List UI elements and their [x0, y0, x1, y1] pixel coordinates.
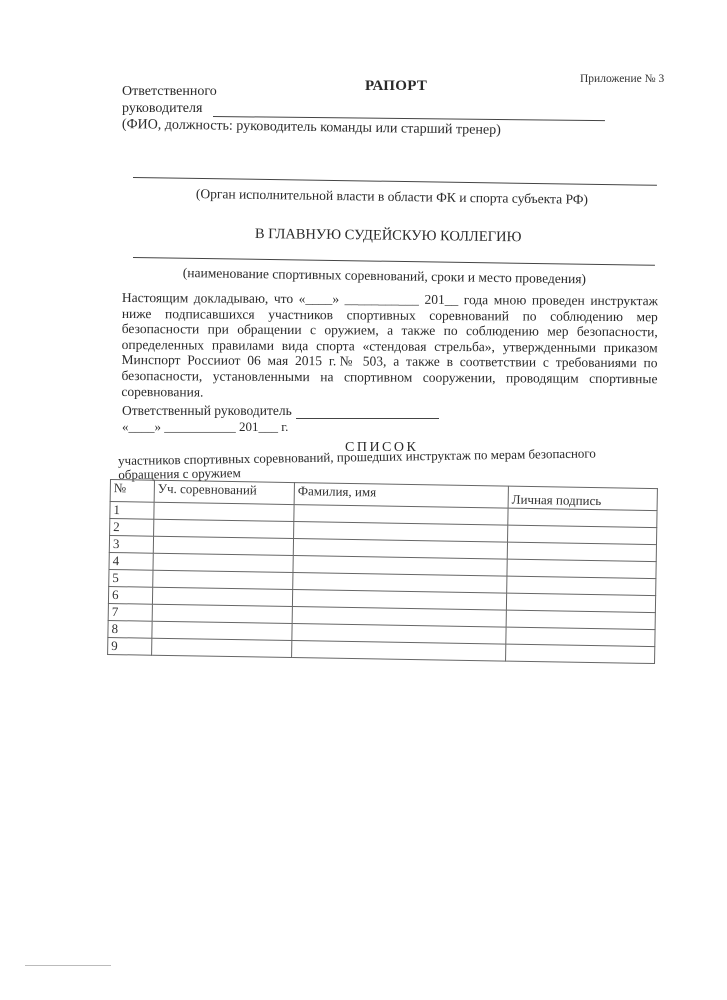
row-number: 7	[108, 603, 152, 621]
document-page: РАПОРТ Приложение № 3 Ответственного рук…	[0, 0, 727, 1000]
appendix-label: Приложение № 3	[580, 73, 664, 85]
signature-date: «____» ___________ 201___ г.	[122, 419, 288, 435]
row-number: 1	[110, 502, 154, 520]
responsible-caption: (ФИО, должность: руководитель команды ил…	[122, 117, 501, 139]
authority-caption: (Орган исполнительной власти в области Ф…	[196, 186, 588, 208]
row-number: 5	[109, 569, 153, 587]
authority-field-line	[133, 177, 657, 186]
row-number: 8	[108, 620, 152, 638]
addressee-heading: В ГЛАВНУЮ СУДЕЙСКУЮ КОЛЛЕГИЮ	[255, 226, 522, 246]
row-number: 3	[109, 536, 153, 554]
signature-field-line	[296, 418, 439, 419]
row-number: 4	[109, 552, 153, 570]
cell-name[interactable]	[292, 641, 506, 662]
responsible-label-line1: Ответственного	[122, 84, 217, 100]
cell-signature[interactable]	[506, 644, 655, 663]
row-number: 6	[108, 586, 152, 604]
responsible-label-line2: руководителя	[122, 101, 202, 117]
report-body: Настоящим докладываю, что «____» _______…	[121, 290, 658, 402]
participants-table: № Уч. соревнований Фамилия, имя Личная п…	[107, 479, 658, 664]
col-header-signature: Личная подпись	[508, 486, 657, 510]
document-title: РАПОРТ	[365, 78, 427, 95]
competition-field-line	[133, 257, 655, 266]
list-subtitle: участников спортивных соревнований, прош…	[118, 446, 618, 482]
signature-label: Ответственный руководитель	[122, 403, 292, 419]
col-header-number: №	[110, 480, 154, 503]
row-number: 9	[108, 637, 152, 655]
row-number: 2	[110, 519, 154, 537]
competition-caption: (наименование спортивных соревнований, с…	[183, 265, 586, 287]
col-header-participant: Уч. соревнований	[154, 480, 294, 504]
body-line: соревнования.	[121, 384, 657, 403]
cell-participant[interactable]	[152, 638, 292, 657]
footer-divider	[25, 965, 111, 966]
